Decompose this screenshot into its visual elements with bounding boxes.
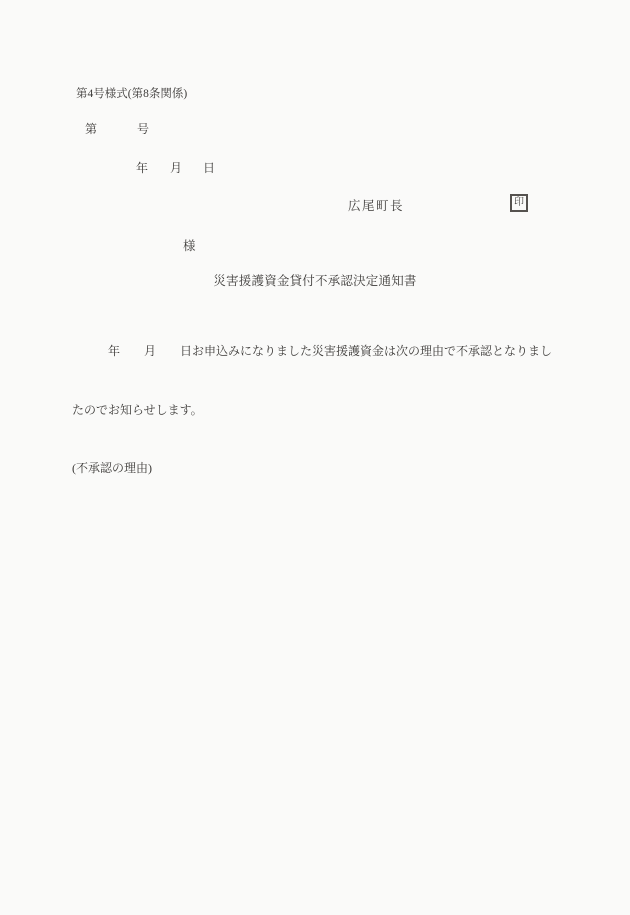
seal-stamp-icon: 印 — [510, 194, 528, 212]
document-page: 第4号様式(第8条関係) 第 号 年 月 日 広尾町長 印 様 災害援護資金貸付… — [0, 0, 630, 915]
body-line-2: たのでお知らせします。 — [72, 401, 564, 421]
doc-number-suffix: 号 — [137, 120, 149, 137]
document-title: 災害援護資金貸付不承認決定通知書 — [0, 271, 630, 289]
body-paragraph: 年 月 日お申込みになりました災害援護資金は次の理由で不承認となりまし たのでお… — [72, 303, 564, 518]
doc-number-prefix: 第 — [85, 120, 97, 137]
month-label: 月 — [170, 159, 182, 176]
mayor-name: 広尾町長 — [348, 196, 404, 214]
addressee-honorific: 様 — [183, 236, 196, 254]
body-line-1: 年 月 日お申込みになりました災害援護資金は次の理由で不承認となりまし — [72, 342, 564, 362]
form-style-label: 第4号様式(第8条関係) — [76, 85, 187, 101]
day-label: 日 — [203, 159, 215, 176]
rejection-reason-label: (不承認の理由) — [72, 459, 564, 479]
year-label: 年 — [136, 159, 148, 176]
